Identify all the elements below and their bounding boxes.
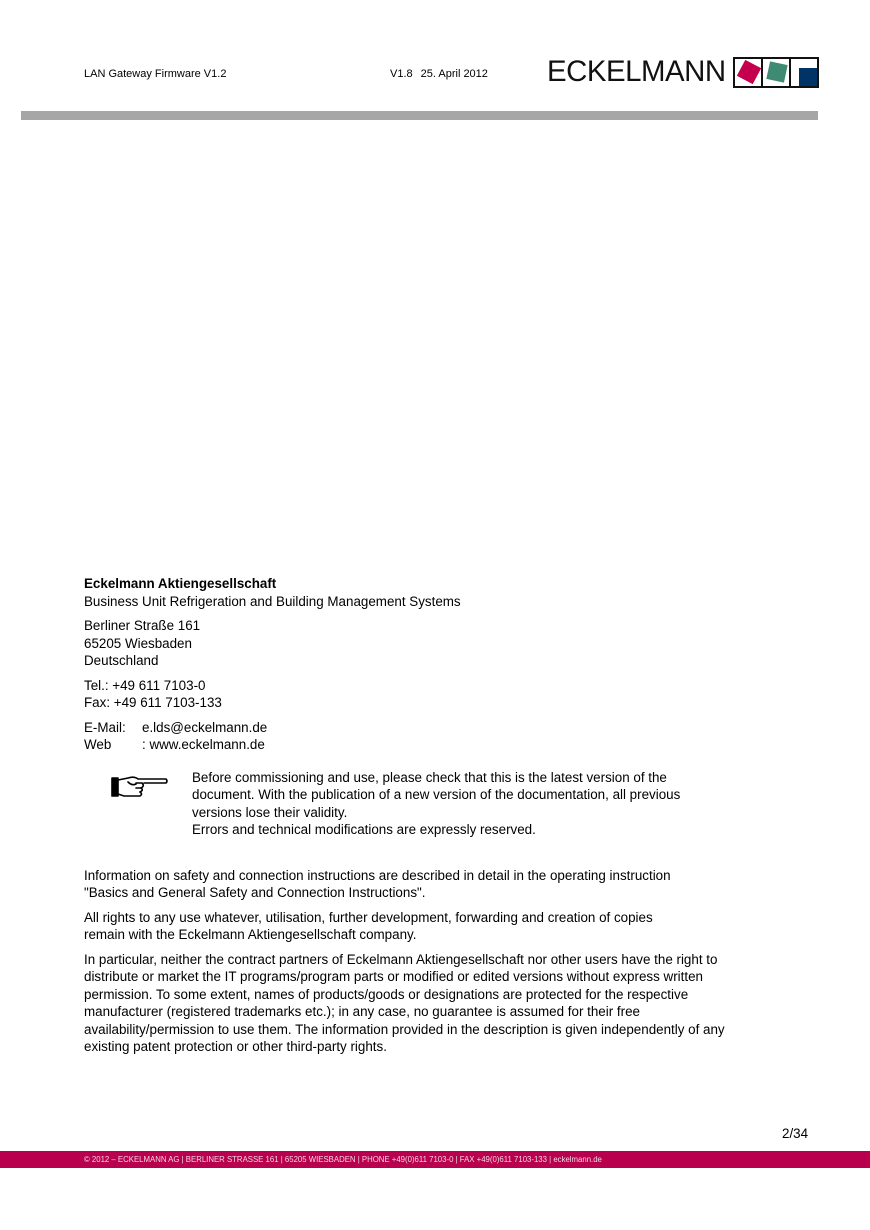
online-contact: E-Mail:e.lds@eckelmann.de Web: www.eckel… (84, 719, 804, 754)
footer-bar: © 2012 – ECKELMANN AG | BERLINER STRASSE… (0, 1151, 870, 1168)
text-line: Information on safety and connection ins… (84, 867, 804, 885)
phone-fax: Tel.: +49 611 7103-0 Fax: +49 611 7103-1… (84, 677, 804, 712)
fax: Fax: +49 611 7103-133 (84, 694, 804, 712)
logo-text: ECKELMANN (547, 57, 726, 87)
version-date: V1.825. April 2012 (390, 68, 488, 80)
imprint: Eckelmann Aktiengesellschaft Business Un… (84, 575, 804, 1056)
eckelmann-logo: ECKELMANN (547, 55, 819, 89)
note-line: document. With the publication of a new … (192, 786, 752, 804)
text-line: manufacturer (registered trademarks etc.… (84, 1003, 804, 1021)
text-line: All rights to any use whatever, utilisat… (84, 909, 804, 927)
safety-paragraph: Information on safety and connection ins… (84, 867, 804, 902)
document-title: LAN Gateway Firmware V1.2 (84, 68, 226, 80)
version: V1.8 (390, 68, 413, 80)
note-text: Before commissioning and use, please che… (192, 769, 752, 839)
footer-text: © 2012 – ECKELMANN AG | BERLINER STRASSE… (84, 1155, 602, 1164)
version-note: Before commissioning and use, please che… (84, 769, 804, 841)
text-line: permission. To some extent, names of pro… (84, 986, 804, 1004)
note-line: Errors and technical modifications are e… (192, 821, 752, 839)
green-diamond-icon (767, 61, 788, 82)
note-line: Before commissioning and use, please che… (192, 769, 752, 787)
text-line: "Basics and General Safety and Connectio… (84, 884, 804, 902)
header-rule (21, 111, 818, 120)
web-link[interactable]: : www.eckelmann.de (142, 736, 265, 754)
text-line: In particular, neither the contract part… (84, 951, 804, 969)
red-diamond-icon (737, 59, 761, 83)
address-street: Berliner Straße 161 (84, 617, 804, 635)
date: 25. April 2012 (421, 68, 488, 80)
blue-square-icon (799, 68, 817, 86)
company-name: Eckelmann Aktiengesellschaft (84, 575, 804, 593)
pointing-hand-icon (110, 773, 170, 801)
text-line: availability/permission to use them. The… (84, 1021, 804, 1039)
phone: Tel.: +49 611 7103-0 (84, 677, 804, 695)
email-link[interactable]: e.lds@eckelmann.de (142, 719, 267, 737)
web-label: Web (84, 736, 142, 754)
address: Berliner Straße 161 65205 Wiesbaden Deut… (84, 617, 804, 670)
distribution-paragraph: In particular, neither the contract part… (84, 951, 804, 1056)
email-label: E-Mail: (84, 719, 142, 737)
text-line: distribute or market the IT programs/pro… (84, 968, 804, 986)
address-country: Deutschland (84, 652, 804, 670)
note-line: versions lose their validity. (192, 804, 752, 822)
text-line: existing patent protection or other thir… (84, 1038, 804, 1056)
business-unit: Business Unit Refrigeration and Building… (84, 593, 804, 611)
address-city: 65205 Wiesbaden (84, 635, 804, 653)
rights-paragraph: All rights to any use whatever, utilisat… (84, 909, 804, 944)
text-line: remain with the Eckelmann Aktiengesellsc… (84, 926, 804, 944)
logo-marks (733, 57, 819, 88)
page-number: 2/34 (782, 1126, 808, 1141)
